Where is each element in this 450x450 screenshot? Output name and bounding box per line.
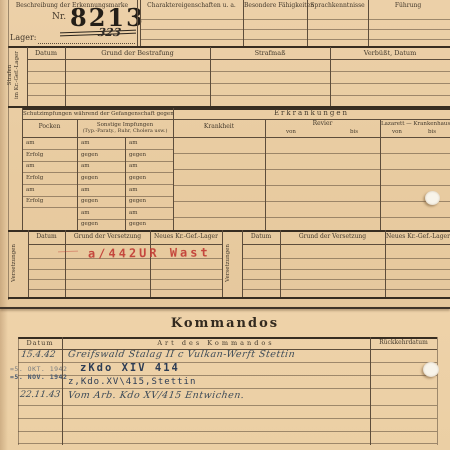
col-besondere-faehigkeiten: Besondere Fähigkeiten — [244, 3, 306, 10]
nr-label: Nr. — [52, 13, 66, 23]
impf-cell: am — [81, 163, 90, 169]
impf-cell: gegen — [129, 221, 146, 227]
col-charaktereigenschaften: Charaktereigenschaften u. a. — [141, 3, 242, 10]
kommandos-col-art: Art des Kommandos — [63, 340, 369, 347]
strafen-col-verbuesst: Verbüßt, Datum — [331, 50, 449, 57]
versetzungen-side-label-left: Versetzungen — [11, 232, 18, 294]
zkdo-415-stamp: z,Kdo.XV\415,Stettin — [68, 377, 196, 387]
strafen-col-datum: Datum — [28, 50, 64, 57]
kommandos-col-datum: Datum — [19, 340, 61, 347]
impf-cell: am — [26, 187, 35, 193]
hole-punch-top — [425, 191, 440, 205]
kommando-row-date: 22.11.43 — [19, 390, 60, 400]
kommandos-title: Kommandos — [0, 317, 450, 331]
impf-cell: am — [129, 210, 138, 216]
kommando-row-date: 15.4.42 — [20, 350, 56, 360]
lager-fill-line — [38, 35, 135, 44]
lazarett-von-label: von — [392, 129, 402, 135]
strafen-side-label: Strafen im Kr.-Gef.-Lager — [7, 48, 20, 102]
erkrankungen-title: Erkrankungen — [173, 110, 450, 118]
versetzungen-side-label-right: Versetzungen — [225, 232, 232, 294]
impf-cell: gegen — [81, 198, 98, 204]
revier-von-label: von — [286, 129, 296, 135]
kommandos-col-rueckkehrdatum: Rückkehrdatum — [371, 340, 436, 347]
impf-cell: am — [81, 187, 90, 193]
impf-cell: gegen — [129, 152, 146, 158]
revier-bis-label: bis — [350, 129, 358, 135]
impfungen-col-sonstige: Sonstige Impfungen — [78, 122, 172, 128]
impf-cell: Erfolg — [26, 152, 43, 158]
lager-label: Lager: — [10, 34, 36, 43]
hole-punch-bottom — [423, 362, 439, 377]
impf-cell: am — [81, 210, 90, 216]
impf-cell: am — [129, 187, 138, 193]
impf-cell: am — [129, 163, 138, 169]
versetzungen-left-col-datum: Datum — [29, 234, 64, 241]
erkrankungen-col-revier: Revier — [266, 121, 379, 128]
date-stamp-okt: =5. OKT. 1942 — [10, 365, 67, 373]
col-fuehrung: Führung — [369, 3, 447, 10]
impfungen-col-sonstige-detail: (Typ.-Paraty., Ruhr, Cholera usw.) — [78, 129, 172, 135]
kommando-row-text: Vom Arb. Kdo XV/415 Entwichen. — [67, 390, 245, 401]
wast-red-stamp: a/442UR Wast — [88, 245, 211, 260]
versetzungen-right-col-grund: Grund der Versetzung — [281, 234, 384, 241]
versetzungen-right-col-neues-lager: Neues Kr.-Gef.-Lager — [386, 234, 450, 241]
impf-cell: am — [26, 140, 35, 146]
strafen-col-strafmass: Strafmaß — [211, 50, 329, 57]
impf-cell: gegen — [81, 175, 98, 181]
impf-cell: gegen — [129, 175, 146, 181]
kommando-row-text: Greifswald Stalag II c Vulkan-Werft Stet… — [67, 349, 296, 360]
versetzungen-left-col-neues-lager: Neues Kr.-Gef.-Lager — [151, 234, 221, 241]
impf-cell: am — [129, 140, 138, 146]
col-sprachkenntnisse: Sprachkenntnisse — [308, 3, 367, 10]
zkdo-414-stamp: zKdo XIV 414 — [80, 362, 180, 374]
impf-cell: gegen — [81, 221, 98, 227]
impf-cell: Erfolg — [26, 175, 43, 181]
impf-cell: gegen — [129, 198, 146, 204]
lazarett-bis-label: bis — [428, 129, 436, 135]
erkrankungen-col-krankheit: Krankheit — [174, 124, 264, 131]
versetzungen-left-col-grund: Grund der Versetzung — [66, 234, 149, 241]
pow-record-card: Beschreibung der Erkennungsmarke Nr. 821… — [0, 0, 450, 450]
impfungen-col-pocken: Pocken — [23, 124, 76, 131]
impf-cell: gegen — [81, 152, 98, 158]
impfungen-title: Schutzimpfungen während der Gefangenscha… — [23, 111, 172, 117]
strafen-col-grund: Grund der Bestrafung — [66, 50, 209, 57]
impf-cell: Erfolg — [26, 198, 43, 204]
card-bottom-edge — [0, 307, 450, 310]
impf-cell: am — [81, 140, 90, 146]
date-stamp-nov: =5. NOV. 1942 — [10, 373, 67, 381]
erkrankungen-col-lazarett: Lazarett — Krankenhaus — [381, 121, 449, 127]
versetzungen-right-col-datum: Datum — [243, 234, 279, 241]
impf-cell: am — [26, 163, 35, 169]
